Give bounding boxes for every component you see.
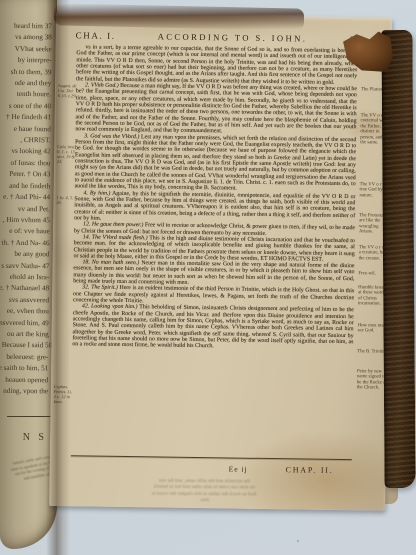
- facing-page-text-fragments: heard him 37vs among 38VVhat seekeby int…: [0, 21, 52, 398]
- chapter-label: CHA. I.: [76, 30, 116, 41]
- book-photo: heard him 37vs among 38VVhat seekeby int…: [0, 0, 416, 555]
- annotation-paragraph: 3. God was the VVord.) Lest any man vpon…: [75, 133, 357, 194]
- facing-page-section-heading: N S: [23, 432, 47, 443]
- annotations-text: vs in a sort, by a terme agreable to our…: [72, 44, 357, 352]
- annotation-paragraph: 42. Looking vpon him.) This beholding of…: [72, 304, 354, 352]
- annotation-paragraph: 4. By him.) Againe, by this he signifiet…: [74, 190, 355, 226]
- facing-page-rule: [7, 416, 51, 417]
- facing-page-small-text: naturel, onely and consubonne vs speaket…: [0, 453, 56, 484]
- running-title: ACCORDING TO S. IOHN.: [116, 31, 350, 44]
- footer-rule: [71, 455, 352, 460]
- margin-note-left: Calu. inst. li. 1. c. 13. sect. 19 & 23.: [57, 144, 77, 164]
- signature-mark: Ee ij: [229, 464, 248, 473]
- ink-showthrough: the mysterie and the selfe same, and the…: [79, 477, 329, 504]
- left-margin-notes: August. de Ciu. Dei li.10, c.29. Calu. i…: [52, 13, 79, 506]
- book-page: CHA. I. ACCORDING TO S. IOHN. 219 vs in …: [49, 13, 392, 511]
- margin-note-left: 1 Io. 4, 5. 20.: [56, 195, 76, 205]
- margin-note-left: Cephas. Petrus. Li. 2 c. 12 in Ioan.: [54, 384, 74, 404]
- margin-note-left: August. de Ciu. Dei li.10, c.29.: [58, 83, 78, 98]
- facing-page-edge: heard him 37vs among 38VVhat seekeby int…: [0, 0, 57, 549]
- leather-cover-edge: [381, 30, 415, 488]
- dust-speck: [297, 540, 299, 542]
- annotation-paragraph: vs in a sort, by a terme agreable to our…: [76, 44, 358, 86]
- annotation-paragraph: 2. VVith God.) Because a man might say, …: [75, 82, 357, 137]
- footer-line: Ee ij CHAP. II.: [71, 462, 352, 475]
- page-header: CHA. I. ACCORDING TO S. IOHN. 219: [76, 30, 378, 44]
- catchword: CHAP. II.: [286, 465, 334, 475]
